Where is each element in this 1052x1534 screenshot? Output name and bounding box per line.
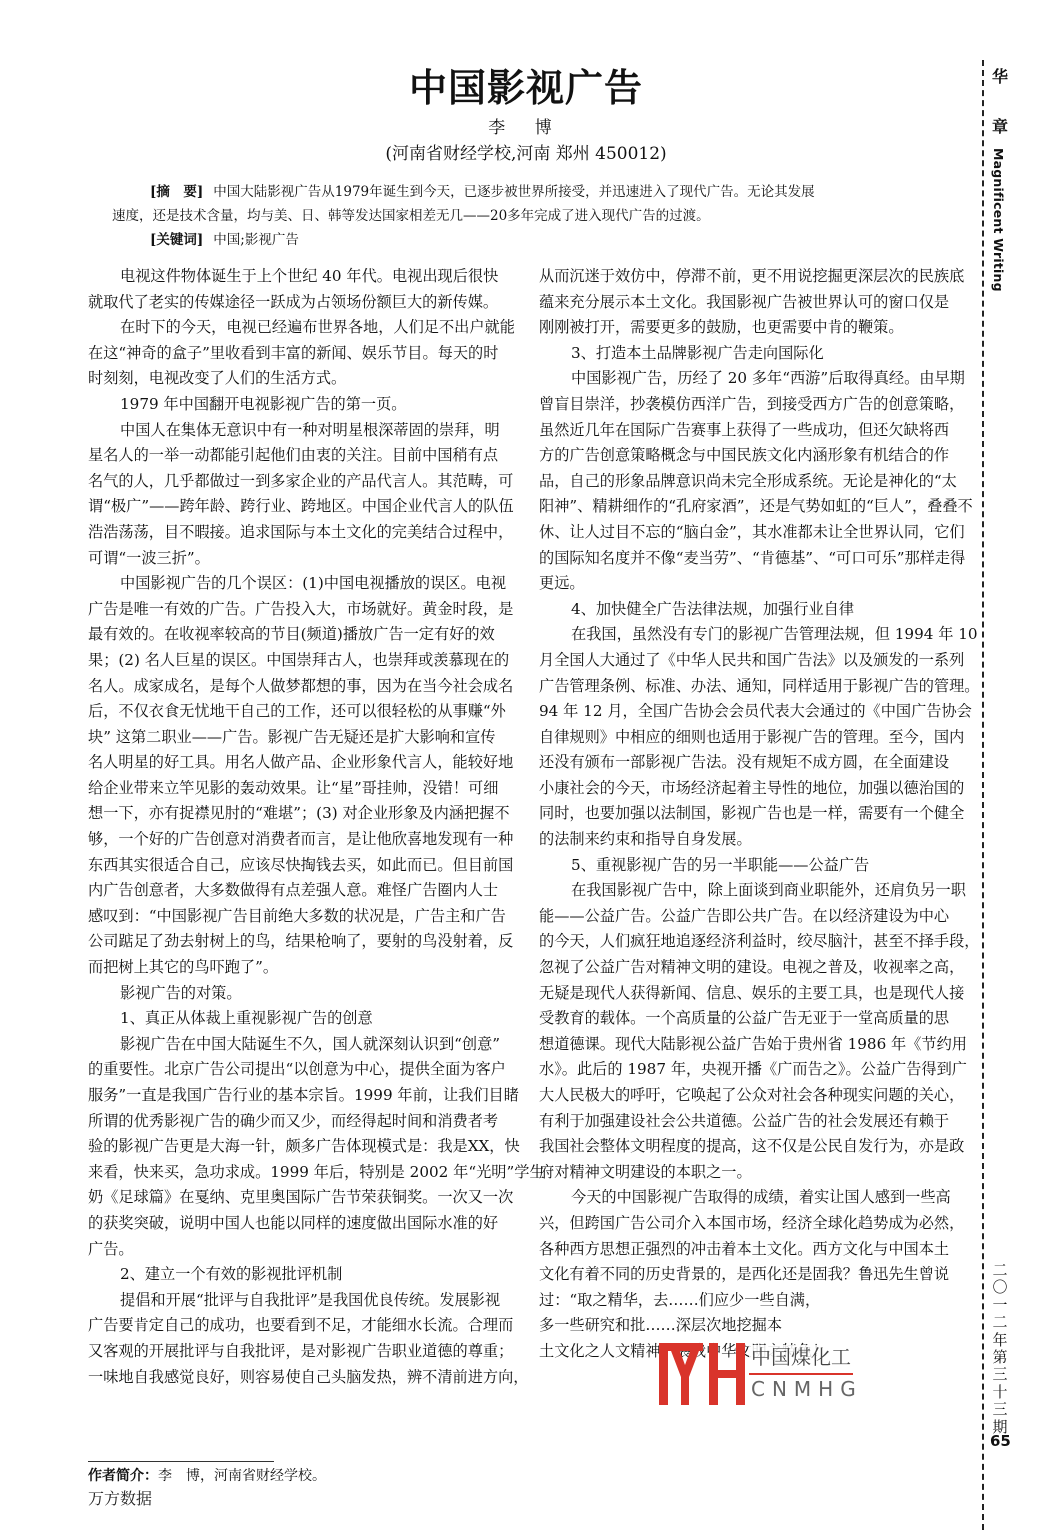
body-line: 块” 这第二职业——广告。影视广告无疑还是扩大影响和宣传 (88, 725, 528, 751)
section-heading: 5、重视影视广告的另一半职能——公益广告 (539, 853, 979, 879)
body-line: 同时，也要加强以法制国，影视广告也是一样，需要有一个健全 (539, 801, 979, 827)
keywords-line: [关键词]中国;影视广告 (120, 228, 950, 252)
author-bio-text: 李 博，河南省财经学校。 (158, 1468, 326, 1484)
source-watermark: 万方数据 (88, 1488, 152, 1510)
body-line: 休、让人过目不忘的“脑白金”，其水准都未让全世界认同，它们 (539, 520, 979, 546)
issue-char: 十 (990, 1384, 1010, 1401)
body-line: 又客观的开展批评与自我批评，是对影视广告职业道德的尊重； (88, 1339, 528, 1365)
body-line: 今天的中国影视广告取得的成绩，着实让国人感到一些高 (539, 1185, 979, 1211)
body-line: 过：“取之精华，去……们应少一些自满， (539, 1288, 979, 1314)
body-line: 水》。此后的 1987 年，央视开播《广而告之》。公益广告得到广 (539, 1057, 979, 1083)
footnote-divider (88, 1461, 274, 1462)
body-line: 曾盲目崇洋，抄袭模仿西洋广告，到接受西方广告的创意策略， (539, 392, 979, 418)
body-line: 时刻刻，电视改变了人们的生活方式。 (88, 366, 528, 392)
body-line: 还没有颁布一部影视广告法。没有规矩不成方圆，在全面建设 (539, 750, 979, 776)
body-line: 谓“极广”——跨年龄、跨行业、跨地区。中国企业代言人的队伍 (88, 494, 528, 520)
issue-char: 二 (990, 1262, 1010, 1279)
body-line: 府对精神文明建设的本职之一。 (539, 1160, 979, 1186)
body-line: 浩浩荡荡，目不暇接。追求国际与本土文化的完美结合过程中， (88, 520, 528, 546)
body-line: 中国人在集体无意识中有一种对明星根深蒂固的崇拜，明 (88, 418, 528, 444)
body-column-left: 电视这件物体诞生于上个世纪 40 年代。电视出现后很快就取代了老实的传媒途径一跃… (88, 264, 528, 1390)
body-line: 中国影视广告的几个误区：(1)中国电视播放的误区。电视 (88, 571, 528, 597)
section-heading: 1、真正从体裁上重视影视广告的创意 (88, 1006, 528, 1032)
watermark-logo: 中国煤化工 CNMHG (659, 1343, 899, 1405)
body-line: 月全国人大通过了《中华人民共和国广告法》以及颁发的一系列 (539, 648, 979, 674)
body-line: 小康社会的今天，市场经济起着主导性的地位，加强以德治国的 (539, 776, 979, 802)
body-line: 中国影视广告，历经了 20 多年“西游”后取得真经。由早期 (539, 366, 979, 392)
body-line: 名人。成家成名，是每个人做梦都想的事，因为在当今社会成名 (88, 674, 528, 700)
body-line: 奶《足球篇》在戛纳、克里奥国际广告节荣获铜奖。一次又一次 (88, 1185, 528, 1211)
author-bio-footnote: 作者简介：李 博，河南省财经学校。 (88, 1466, 326, 1486)
body-line: 来看，快来买，急功求成。1999 年后，特别是 2002 年“光明”学生 (88, 1160, 528, 1186)
body-line: 在我国影视广告中，除上面谈到商业职能外，还肩负另一职 (539, 878, 979, 904)
issue-char: 〇 (990, 1279, 1010, 1296)
body-line: 更远。 (539, 571, 979, 597)
body-line: 虽然近几年在国际广告赛事上获得了一些成功，但还欠缺将西 (539, 418, 979, 444)
body-line: 够，一个好的广告创意对消费者而言，是让他欣喜地发现有一种 (88, 827, 528, 853)
body-line: 在时下的今天，电视已经遍布世界各地，人们足不出户就能 (88, 315, 528, 341)
issue-label-vertical: 二〇一二年第三十三期 (990, 1262, 1010, 1436)
body-line: 提倡和开展“批评与自我批评”是我国优良传统。发展影视 (88, 1288, 528, 1314)
mh-logo-icon (659, 1343, 745, 1405)
column-name-char-1: 华 (992, 64, 1008, 87)
section-heading: 3、打造本土品牌影视广告走向国际化 (539, 341, 979, 367)
body-line: 可谓“一波三折”。 (88, 546, 528, 572)
body-line: 多一些研究和批……深层次地挖掘本 (539, 1313, 979, 1339)
body-line: 方的广告创意策略概念与中国民族文化内涵形象有机结合的作 (539, 443, 979, 469)
watermark-logo-cn: 中国煤化工 (749, 1345, 853, 1369)
body-line: 蕴来充分展示本土文化。我国影视广告被世界认可的窗口仅是 (539, 290, 979, 316)
body-line: 受教育的载体。一个高质量的公益广告无亚于一堂高质量的思 (539, 1006, 979, 1032)
body-line: 一味地自我感觉良好，则容易使自己头脑发热，辨不清前进方向， (88, 1365, 528, 1391)
body-line: 广告是唯一有效的广告。广告投入大，市场就好。黄金时段，是 (88, 597, 528, 623)
issue-char: 三 (990, 1366, 1010, 1383)
body-line: 无疑是现代人获得新闻、信息、娱乐的主要工具，也是现代人接 (539, 981, 979, 1007)
author-bio-label: 作者简介： (88, 1468, 158, 1484)
body-line: 果；(2) 名人巨星的误区。中国崇拜古人，也崇拜或羡慕现在的 (88, 648, 528, 674)
body-line: 文化有着不同的历史背景的，是西化还是固我？鲁迅先生曾说 (539, 1262, 979, 1288)
body-line: 内广告创意者，大多数做得有点差强人意。难怪广告圈内人士 (88, 878, 528, 904)
body-line: 自律规则》中相应的细则也适用于影视广告的管理。至今，国内 (539, 725, 979, 751)
body-line: 刚刚被打开，需要更多的鼓励，也更需要中肯的鞭策。 (539, 315, 979, 341)
issue-char: 第 (990, 1349, 1010, 1366)
issue-char: 三 (990, 1401, 1010, 1418)
body-line: 在这“神奇的盒子”里收看到丰富的新闻、娱乐节目。每天的时 (88, 341, 528, 367)
body-line: 的法制来约束和指导自身发展。 (539, 827, 979, 853)
body-line: 兴，但跨国广告公司介入本国市场，经济全球化趋势成为必然， (539, 1211, 979, 1237)
column-name-char-2: 章 (992, 114, 1008, 137)
body-line: 忽视了公益广告对精神文明的建设。电视之普及，收视率之高， (539, 955, 979, 981)
body-line: 有利于加强建设社会公共道德。公益广告的社会发展还有赖于 (539, 1109, 979, 1135)
watermark-logo-underline (749, 1373, 853, 1375)
watermark-logo-en: CNMHG (751, 1377, 863, 1401)
body-line: 广告。 (88, 1237, 528, 1263)
body-line: 在我国，虽然没有专门的影视广告管理法规，但 1994 年 10 (539, 622, 979, 648)
body-line: 名人明星的好工具。用名人做产品、企业形象代言人，能较好地 (88, 750, 528, 776)
body-line: 名气的人，几乎都做过一到多家企业的产品代言人。其范畴，可 (88, 469, 528, 495)
body-line: 感叹到：“中国影视广告目前绝大多数的状况是，广告主和广告 (88, 904, 528, 930)
body-line: 从而沉迷于效仿中，停滞不前，更不用说挖掘更深层次的民族底 (539, 264, 979, 290)
abstract-label: [摘 要] (150, 184, 203, 200)
issue-char: 一 (990, 1297, 1010, 1314)
body-line: 阳神”、精耕细作的“孔府家酒”，还是气势如虹的“巨人”，叠叠不 (539, 494, 979, 520)
body-line: 所谓的优秀影视广告的确少而又少，而经得起时间和消费者考 (88, 1109, 528, 1135)
column-name-english: Magnificent Writing (991, 148, 1006, 292)
body-line: 影视广告的对策。 (88, 981, 528, 1007)
issue-char: 年 (990, 1332, 1010, 1349)
body-line: 能——公益广告。公益广告即公共广告。在以经济建设为中心 (539, 904, 979, 930)
body-line: 的今天，人们疯狂地追逐经济利益时，绞尽脑汁，甚至不择手段， (539, 929, 979, 955)
abstract-text-1: 中国大陆影视广告从1979年诞生到今天，已逐步被世界所接受，并迅速进入了现代广告… (213, 184, 814, 200)
author-name: 李 博 (0, 117, 1052, 139)
abstract-text-2: 速度，还是技术含量，均与美、日、韩等发达国家相差无几——20多年完成了进入现代广… (112, 204, 950, 228)
body-column-right: 从而沉迷于效仿中，停滞不前，更不用说挖掘更深层次的民族底蕴来充分展示本土文化。我… (539, 264, 979, 1365)
body-line: 的获奖突破，说明中国人也能以同样的速度做出国际水准的好 (88, 1211, 528, 1237)
body-line: 1979 年中国翻开电视影视广告的第一页。 (88, 392, 528, 418)
body-line: 后，不仅衣食无忧地干自己的工作，还可以很轻松的从事赚“外 (88, 699, 528, 725)
body-line: 品，自己的形象品牌意识尚未完全形成系统。无论是神化的“太 (539, 469, 979, 495)
page-number: 65 (990, 1432, 1011, 1450)
body-line: 给企业带来立竿见影的轰动效果。让“星”哥挂帅，没错！可细 (88, 776, 528, 802)
body-line: 我国社会整体文明程度的提高，这不仅是公民自发行为，亦是政 (539, 1134, 979, 1160)
article-title: 中国影视广告 (0, 64, 1052, 112)
issue-char: 二 (990, 1314, 1010, 1331)
body-line: 服务”一直是我国广告行业的基本宗旨。1999 年前，让我们目睹 (88, 1083, 528, 1109)
body-line: 星名人的一举一动都能引起他们由衷的关注。目前中国稍有点 (88, 443, 528, 469)
body-line: 的国际知名度并不像“麦当劳”、“肯德基”、“可口可乐”那样走得 (539, 546, 979, 572)
keywords-text: 中国;影视广告 (213, 232, 299, 248)
body-line: 验的影视广告更是大海一针，颇多广告体现模式是：我是XX，快 (88, 1134, 528, 1160)
body-line: 就取代了老实的传媒途径一跃成为占领场份额巨大的新传媒。 (88, 290, 528, 316)
keywords-label: [关键词] (150, 232, 203, 248)
section-heading: 4、加快健全广告法律法规，加强行业自律 (539, 597, 979, 623)
body-line: 电视这件物体诞生于上个世纪 40 年代。电视出现后很快 (88, 264, 528, 290)
body-line: 而把树上其它的鸟吓跑了”。 (88, 955, 528, 981)
abstract-line: [摘 要]中国大陆影视广告从1979年诞生到今天，已逐步被世界所接受，并迅速进入… (120, 180, 950, 204)
body-line: 广告要肯定自己的成功，也要看到不足，才能细水长流。合理而 (88, 1313, 528, 1339)
body-line: 想道德课。现代大陆影视公益广告始于贵州省 1986 年《节约用 (539, 1032, 979, 1058)
body-line: 广告管理条例、标准、办法、通知，同样适用于影视广告的管理。 (539, 674, 979, 700)
body-line: 的重要性。北京广告公司提出“以创意为中心，提供全面为客户 (88, 1057, 528, 1083)
body-line: 各种西方思想正强烈的冲击着本土文化。西方文化与中国本土 (539, 1237, 979, 1263)
section-heading: 2、建立一个有效的影视批评机制 (88, 1262, 528, 1288)
body-line: 影视广告在中国大陆诞生不久，国人就深刻认识到“创意” (88, 1032, 528, 1058)
body-line: 94 年 12 月，全国广告协会会员代表大会通过的《中国广告协会 (539, 699, 979, 725)
body-line: 想一下，亦有捉襟见肘的“难堪”；(3) 对企业形象及内涵把握不 (88, 801, 528, 827)
abstract-block: [摘 要]中国大陆影视广告从1979年诞生到今天，已逐步被世界所接受，并迅速进入… (120, 180, 950, 252)
sidebar-dashed-divider (982, 60, 984, 1530)
body-line: 东西其实很适合自己，应该尽快掏钱去买，如此而已。但目前国 (88, 853, 528, 879)
body-line: 公司踮足了劲去射树上的鸟，结果枪响了，要射的鸟没射着，反 (88, 929, 528, 955)
body-line: 最有效的。在收视率较高的节目(频道)播放广告一定有好的效 (88, 622, 528, 648)
body-line: 大人民极大的呼吁，它唤起了公众对社会各种现实问题的关心， (539, 1083, 979, 1109)
author-affiliation: (河南省财经学校,河南 郑州 450012) (0, 143, 1052, 165)
